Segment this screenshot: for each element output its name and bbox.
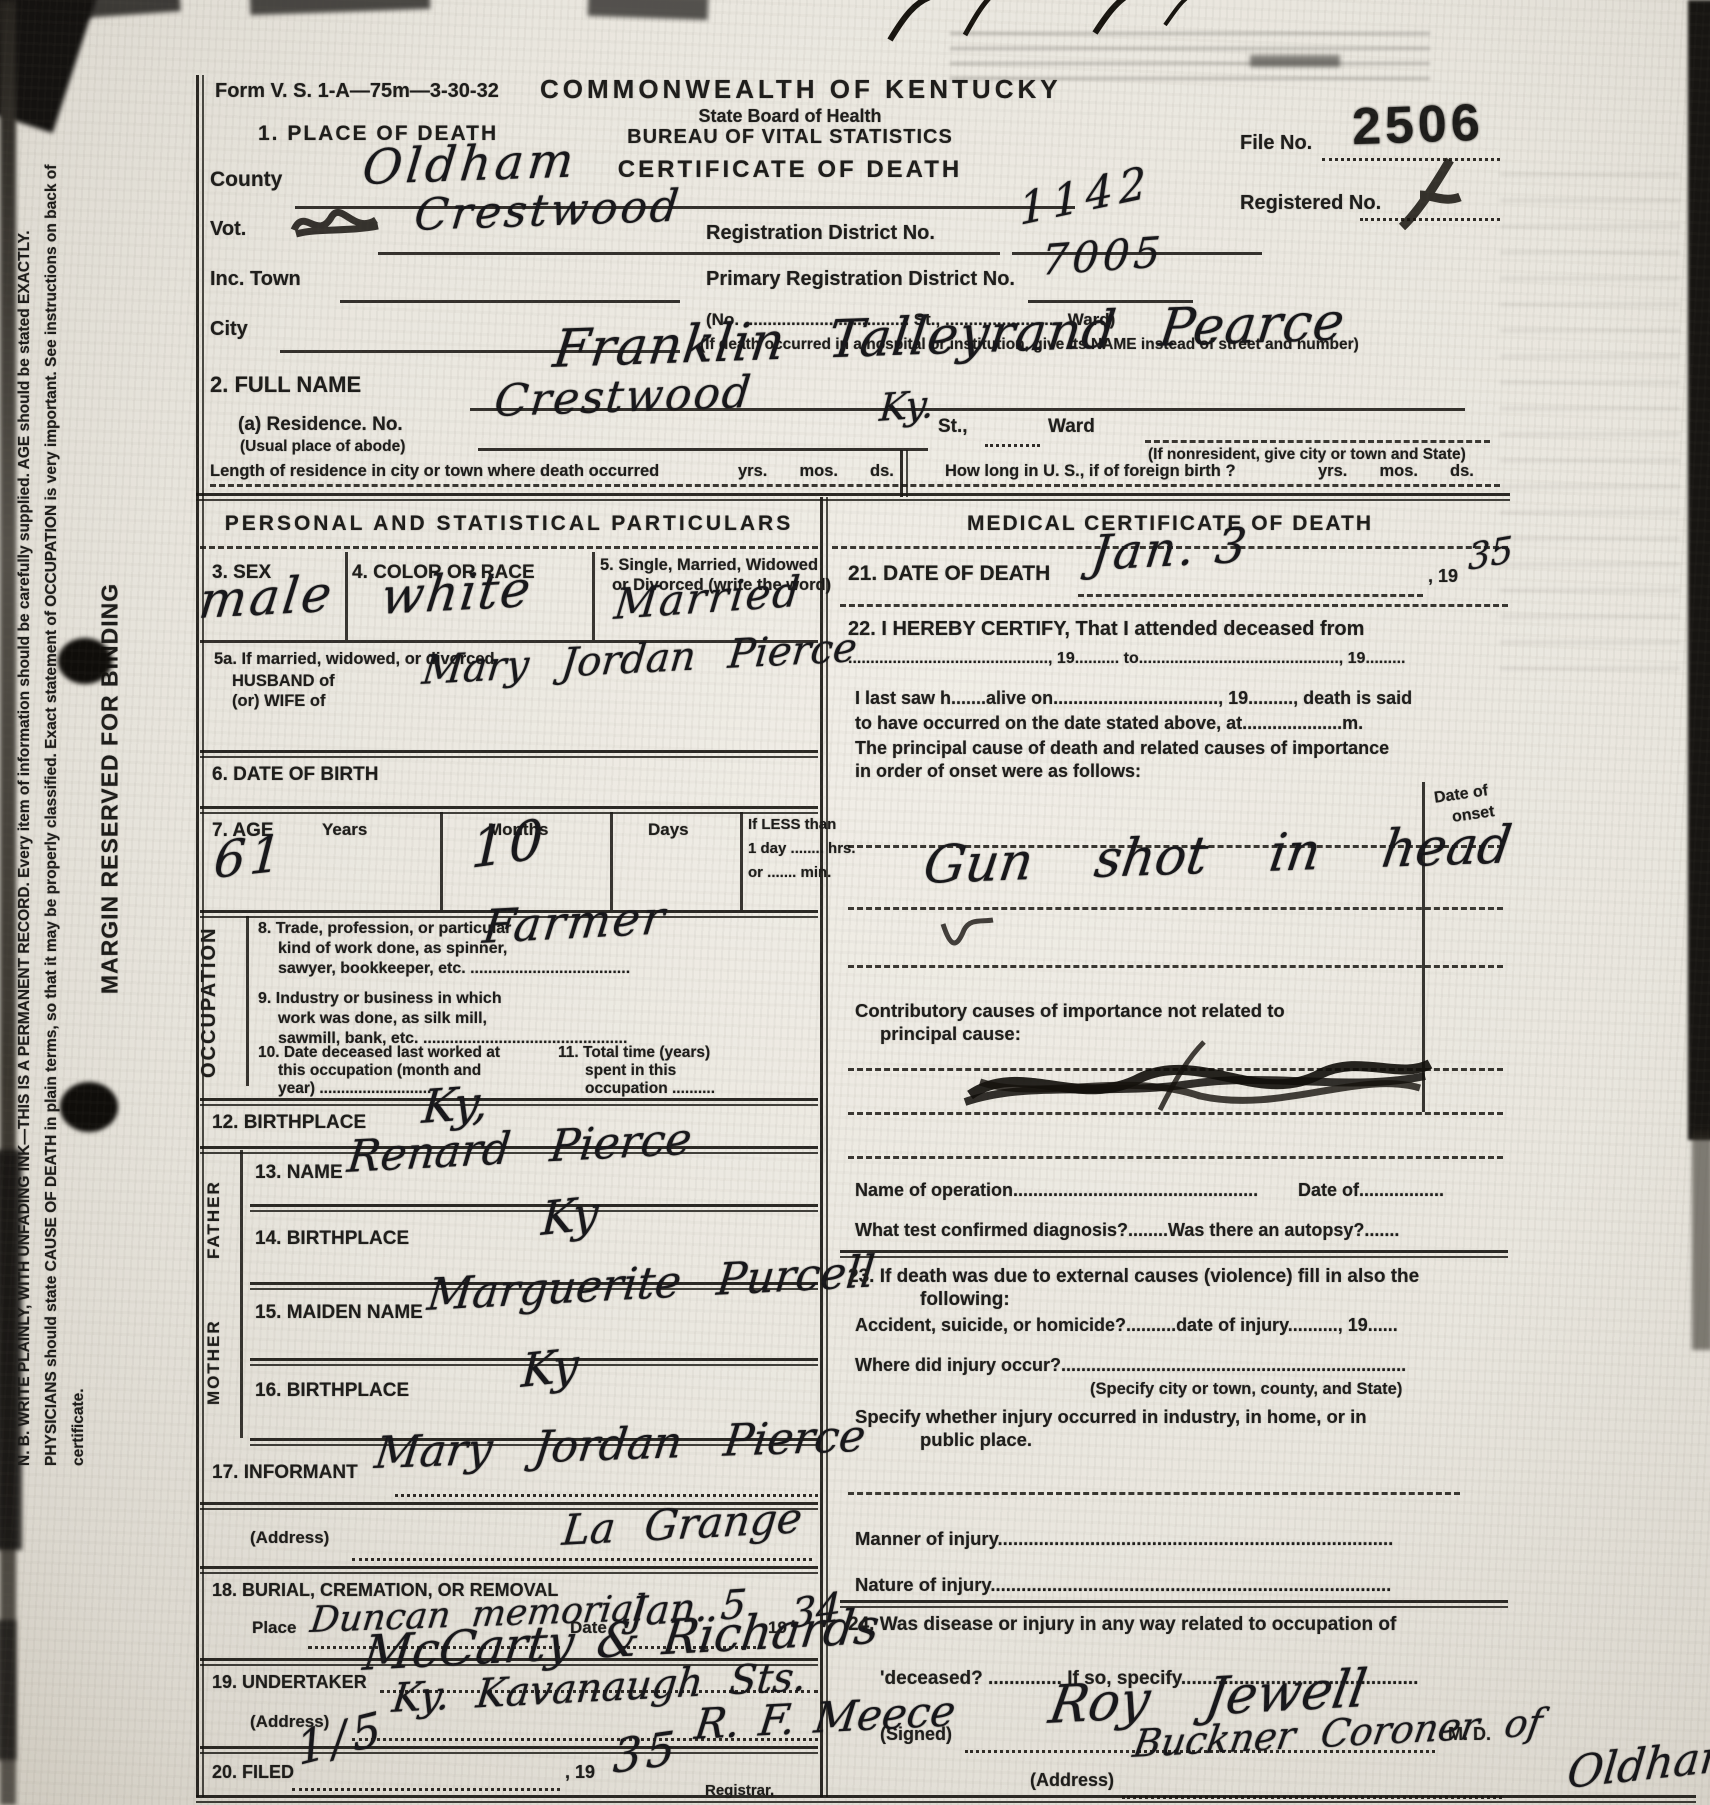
fill-line bbox=[352, 1558, 812, 1561]
cell-divider bbox=[592, 552, 595, 640]
residence-state-value: Ky. bbox=[878, 382, 935, 430]
last-worked-label-3: year) .......................... bbox=[278, 1080, 431, 1098]
row-rule bbox=[200, 1566, 818, 1574]
bracket-line bbox=[240, 1150, 243, 1438]
mother-birthplace-label: 16. BIRTHPLACE bbox=[255, 1380, 409, 1402]
undertaker-label: 19. UNDERTAKER bbox=[212, 1672, 367, 1693]
certify-from-to-line: ........................................… bbox=[848, 650, 1405, 668]
dod-year-value: 35 bbox=[1468, 529, 1513, 579]
vot-label: Vot. bbox=[210, 218, 246, 241]
row-rule bbox=[840, 1600, 1508, 1608]
length-units: yrs. mos. ds. bbox=[738, 462, 894, 481]
filed-date-value: 1/5 bbox=[294, 1700, 389, 1776]
scanned-death-certificate: MARGIN RESERVED FOR BINDING N. B. WRITE … bbox=[0, 0, 1710, 1805]
foreign-birth-label: How long in U. S., if of foreign birth ? bbox=[945, 462, 1236, 481]
father-birthplace-label: 14. BIRTHPLACE bbox=[255, 1228, 409, 1250]
scan-right-edge bbox=[1688, 0, 1710, 1140]
residence-st-label: St., bbox=[938, 416, 968, 438]
external-causes-label: 23. If death was due to external causes … bbox=[848, 1266, 1419, 1288]
fill-line bbox=[848, 965, 1503, 968]
margin-nb-note: N. B. WRITE PLAINLY, WITH UNFADING INK—T… bbox=[11, 136, 123, 1466]
registered-no-label: Registered No. bbox=[1240, 192, 1381, 215]
cell-divider bbox=[740, 812, 743, 910]
ink-blot bbox=[58, 638, 112, 684]
accident-suicide-label: Accident, suicide, or homicide?.........… bbox=[855, 1315, 1398, 1336]
total-time-label-3: occupation .......... bbox=[585, 1080, 715, 1098]
birthplace-label: 12. BIRTHPLACE bbox=[212, 1112, 366, 1134]
ink-blot bbox=[60, 1082, 118, 1132]
trade-label: 8. Trade, profession, or particular bbox=[258, 920, 511, 938]
city-label: City bbox=[210, 318, 248, 341]
form-number: Form V. S. 1-A—75m—3-30-32 bbox=[215, 80, 499, 103]
nature-of-injury-label: Nature of injury........................… bbox=[855, 1574, 1391, 1596]
fill-line bbox=[1078, 594, 1423, 597]
autopsy-label: What test confirmed diagnosis?........Wa… bbox=[855, 1220, 1399, 1241]
file-no-label: File No. bbox=[1240, 132, 1312, 155]
primary-reg-label: Primary Registration District No. bbox=[706, 268, 1015, 291]
pen-mark bbox=[938, 916, 998, 956]
address-corner-value: Oldham bbox=[1565, 1729, 1710, 1799]
pen-stroke-marks bbox=[870, 0, 1200, 45]
ink-scribble bbox=[288, 198, 383, 246]
mother-name-value: Marguerite Purcell bbox=[425, 1246, 877, 1321]
fill-line bbox=[985, 444, 1040, 447]
fill-line bbox=[1122, 1796, 1502, 1799]
occupation-vertical-label: OCCUPATION bbox=[198, 916, 232, 1088]
length-residence-label: Length of residence in city or town wher… bbox=[210, 462, 659, 481]
manner-of-injury-label: Manner of injury........................… bbox=[855, 1528, 1393, 1550]
spouse-label-2: HUSBAND of bbox=[232, 672, 335, 691]
abode-note: (Usual place of abode) bbox=[240, 438, 405, 456]
dod-year-prefix: , 19 bbox=[1428, 566, 1458, 587]
contributory-label: Contributory causes of importance not re… bbox=[855, 1000, 1285, 1022]
spouse-label-3: (or) WIFE of bbox=[232, 692, 325, 711]
foreign-units: yrs. mos. ds. bbox=[1318, 462, 1474, 481]
scan-edge-smudge bbox=[250, 0, 431, 15]
date-of-death-value: Jan. 3 bbox=[1088, 517, 1253, 582]
industry-label-2: work was done, as silk mill, bbox=[278, 1010, 487, 1028]
father-name-label: 13. NAME bbox=[255, 1162, 343, 1184]
trade-label-2: kind of work done, as spinner, bbox=[278, 940, 507, 958]
mother-vertical-label: MOTHER bbox=[204, 1290, 234, 1435]
age-years-label: Years bbox=[322, 820, 367, 840]
trade-label-3: sawyer, bookkeeper, etc. ...............… bbox=[278, 960, 630, 978]
fill-line bbox=[848, 907, 1503, 910]
scratched-out-entry bbox=[960, 1040, 1440, 1120]
certify-statement: 22. I HEREBY CERTIFY, That I attended de… bbox=[848, 618, 1364, 641]
father-birthplace-value: Ky bbox=[540, 1185, 600, 1246]
row-rule bbox=[200, 1098, 818, 1106]
last-worked-label: 10. Date deceased last worked at bbox=[258, 1044, 500, 1062]
dob-label: 6. DATE OF BIRTH bbox=[212, 764, 378, 786]
informant-value: Mary Jordan Pierce bbox=[372, 1411, 868, 1479]
informant-address-label: (Address) bbox=[250, 1528, 329, 1548]
file-no-stamp: 2506 bbox=[1351, 93, 1485, 158]
father-vertical-label: FATHER bbox=[204, 1150, 234, 1290]
onset-follows-line: in order of onset were as follows: bbox=[855, 761, 1141, 782]
last-saw-line: I last saw h.......alive on.............… bbox=[855, 688, 1412, 709]
primary-reg-value: 7005 bbox=[1040, 227, 1166, 285]
sex-value: male bbox=[196, 564, 338, 630]
trade-value: Farmer bbox=[480, 890, 669, 954]
section-rule bbox=[196, 493, 1510, 501]
cell-divider bbox=[345, 552, 348, 640]
divider-segment bbox=[900, 450, 908, 497]
residence-value: Crestwood bbox=[492, 367, 755, 427]
cell-divider bbox=[440, 812, 443, 910]
if-less-label: If LESS than bbox=[748, 816, 836, 833]
residence-label: (a) Residence. No. bbox=[238, 414, 403, 436]
doc-title: CERTIFICATE OF DEATH bbox=[540, 156, 1040, 184]
external-causes-label-2: following: bbox=[920, 1289, 1010, 1311]
residence-ward-label: Ward bbox=[1048, 416, 1095, 438]
row-rule bbox=[840, 1250, 1508, 1258]
specify-injury-label-2: public place. bbox=[920, 1429, 1032, 1451]
father-name-value: Renard Pierce bbox=[345, 1114, 694, 1183]
address-label: (Address) bbox=[1030, 1770, 1114, 1791]
bracket-line bbox=[246, 916, 249, 1086]
if-less-label-2: 1 day ........ hrs. bbox=[748, 840, 856, 857]
principal-cause-line: The principal cause of death and related… bbox=[855, 738, 1389, 759]
spouse-value: Mary Jordan Pierce bbox=[420, 625, 859, 694]
date-of-death-label: 21. DATE OF DEATH bbox=[848, 562, 1050, 586]
section-rule bbox=[200, 546, 818, 549]
full-name-label: 2. FULL NAME bbox=[210, 372, 361, 398]
registrar-label: Registrar, bbox=[705, 1782, 774, 1799]
cause-of-death-value: Gun shot in head bbox=[920, 815, 1515, 896]
total-time-label-2: spent in this bbox=[585, 1062, 676, 1080]
mother-birthplace-value: Ky bbox=[520, 1337, 580, 1398]
fill-line bbox=[848, 1156, 1503, 1159]
ghost-print bbox=[1500, 150, 1680, 670]
informant-label: 17. INFORMANT bbox=[212, 1462, 358, 1484]
org-board: State Board of Health bbox=[540, 106, 1040, 127]
fill-line bbox=[378, 252, 1000, 255]
scan-edge-smudge bbox=[39, 0, 180, 21]
related-occupation-label: 24. Was disease or injury in any way rel… bbox=[848, 1614, 1396, 1636]
reg-district-label: Registration District No. bbox=[706, 222, 935, 245]
org-bureau: BUREAU OF VITAL STATISTICS bbox=[540, 126, 1040, 149]
row-rule bbox=[840, 604, 1508, 607]
age-years-value: 61 bbox=[212, 824, 287, 890]
fill-line bbox=[1145, 440, 1490, 443]
occurred-line: to have occurred on the date stated abov… bbox=[855, 713, 1363, 734]
burial-place-label: Place bbox=[252, 1618, 296, 1638]
scan-right-edge bbox=[1692, 1130, 1710, 1350]
rule-line bbox=[210, 484, 1500, 487]
scan-left-blotch bbox=[0, 1620, 16, 1760]
fill-line bbox=[848, 1492, 1460, 1495]
personal-section-title: PERSONAL AND STATISTICAL PARTICULARS bbox=[200, 512, 818, 536]
filed-year-prefix: , 19 bbox=[565, 1762, 595, 1783]
pen-stroke bbox=[1390, 155, 1470, 230]
specify-injury-label: Specify whether injury occurred in indus… bbox=[855, 1406, 1367, 1428]
county-label: County bbox=[210, 168, 282, 192]
operation-date-label: Date of................. bbox=[1298, 1180, 1444, 1201]
if-less-label-3: or ....... min. bbox=[748, 864, 831, 881]
operation-label: Name of operation.......................… bbox=[855, 1180, 1258, 1201]
row-rule bbox=[200, 750, 818, 758]
industry-label: 9. Industry or business in which bbox=[258, 990, 502, 1008]
filed-label: 20. FILED bbox=[212, 1762, 294, 1783]
total-time-label: 11. Total time (years) bbox=[558, 1044, 710, 1062]
mother-name-label: 15. MAIDEN NAME bbox=[255, 1302, 423, 1324]
inc-town-label: Inc. Town bbox=[210, 268, 301, 291]
full-name-value: Franklin Talleyrand Pearce bbox=[550, 292, 1349, 380]
age-days-label: Days bbox=[648, 820, 689, 840]
fill-line bbox=[478, 448, 928, 451]
org-name: COMMONWEALTH OF KENTUCKY bbox=[540, 74, 1040, 105]
fill-line bbox=[295, 206, 1075, 209]
vot-precinct-value: Crestwood bbox=[412, 180, 684, 241]
where-injury-label: Where did injury occur?.................… bbox=[855, 1355, 1406, 1376]
race-value: white bbox=[378, 560, 536, 626]
where-injury-note: (Specify city or town, county, and State… bbox=[1090, 1380, 1402, 1399]
fill-line bbox=[292, 1788, 560, 1791]
fill-line bbox=[340, 300, 680, 303]
age-months-value: 10 bbox=[470, 806, 548, 881]
scan-edge-smudge bbox=[588, 0, 709, 20]
row-rule bbox=[250, 1204, 818, 1212]
filed-year-value: 35 bbox=[612, 1720, 680, 1784]
